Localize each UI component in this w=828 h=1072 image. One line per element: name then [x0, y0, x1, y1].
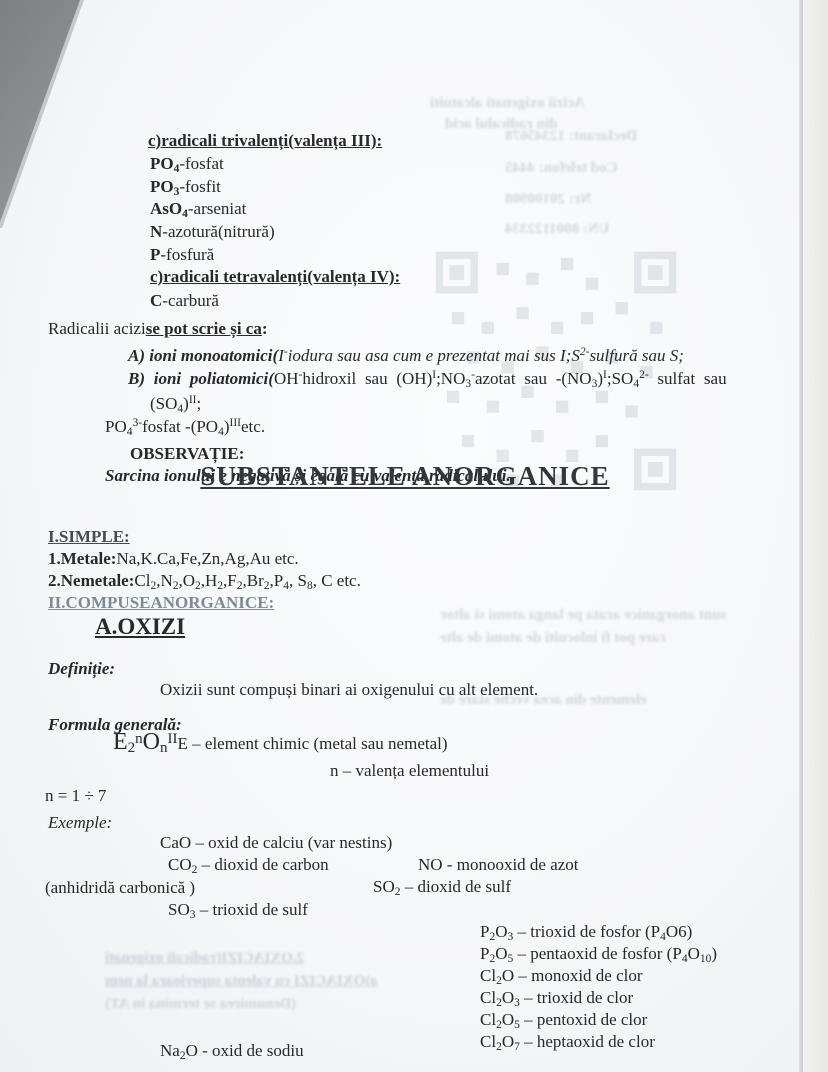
line-n-valenta: n – valența elementului [330, 760, 489, 781]
line-cao: CaO – oxid de calciu (var nestins) [160, 832, 392, 853]
heading-compuse-anorganice: II.COMPUSEANORGANICE: [48, 592, 274, 613]
bleed-line: a)OXIACIZI cu valenta superioara la nem [105, 973, 378, 990]
line-formula: E2nOnIIE – element chimic (metal sau nem… [113, 729, 448, 759]
bleed-line: UN: 8001122334 [505, 221, 610, 238]
line-so3: SO3 – trioxid de sulf [168, 899, 308, 926]
label-exemple: Exemple: [48, 812, 112, 833]
line-cl2o7: Cl2O7 – heptaoxid de clor [480, 1031, 655, 1058]
bleed-line: Acizii oxigenati alcatuiti [430, 95, 585, 112]
entry-n-azotura: N-azotură(nitrură) [150, 221, 275, 242]
line-ioni-monoatomici: A) ioni monoatomici(I-iodura sau asa cum… [128, 342, 684, 366]
bleed-line: (Denumirea se termina in AT) [105, 996, 296, 1013]
heading-radicali-tetravalenti: c)radicali tetravalenți(valența IV): [150, 266, 400, 287]
scanned-document-page: Acizii oxigenati alcatuiti din radicalul… [0, 0, 828, 1072]
bleed-line: Declarant: 12345678 [505, 128, 637, 145]
line-n-range: n = 1 ÷ 7 [45, 785, 106, 806]
heading-simple: I.SIMPLE: [48, 526, 130, 547]
heading-oxizi: A.OXIZI [95, 616, 185, 637]
bleed-line: Cod telefon: 4445 [505, 160, 618, 177]
line-no: NO - monooxid de azot [418, 854, 579, 875]
line-radicalii-acizi: Radicalii acizise pot scrie și ca: [48, 318, 268, 339]
bleed-line: 2.OXIACIZI(radicali oxigenati [105, 950, 304, 967]
bleed-line: care pot fi inlocuiti de atomi de alte [440, 630, 666, 647]
line-metale: 1.Metale:Na,K.Ca,Fe,Zn,Ag,Au etc. [48, 548, 299, 569]
entry-p-fosfura: P-fosfură [150, 244, 214, 265]
page-title: SUBSTANTELE ANORGANICE [150, 466, 660, 487]
bleed-line: sunt anorganice arata pe langa atomi si … [440, 607, 726, 624]
label-definitie: Definiție: [48, 658, 115, 679]
scanner-right-strip [803, 0, 828, 1072]
line-ioni-poliatomici: B) ioni poliatomici(OH-hidroxil sau (OH)… [128, 365, 727, 395]
line-anhidrida: (anhidridă carbonică ) [45, 877, 195, 898]
line-po4-fosfat-etc: PO43-fosfat -(PO4)IIIetc. [105, 413, 265, 443]
line-na2o: Na2O - oxid de sodiu [160, 1040, 304, 1067]
line-definitie-text: Oxizii sunt compuși binari ai oxigenului… [160, 679, 538, 700]
bleed-line: Nr: 20100908 [505, 191, 591, 208]
entry-c-carbura: C-carbură [150, 290, 219, 311]
heading-radicali-trivalenti: c)radicali trivalenți(valența III): [148, 130, 382, 151]
line-so2: SO2 – dioxid de sulf [373, 876, 511, 903]
